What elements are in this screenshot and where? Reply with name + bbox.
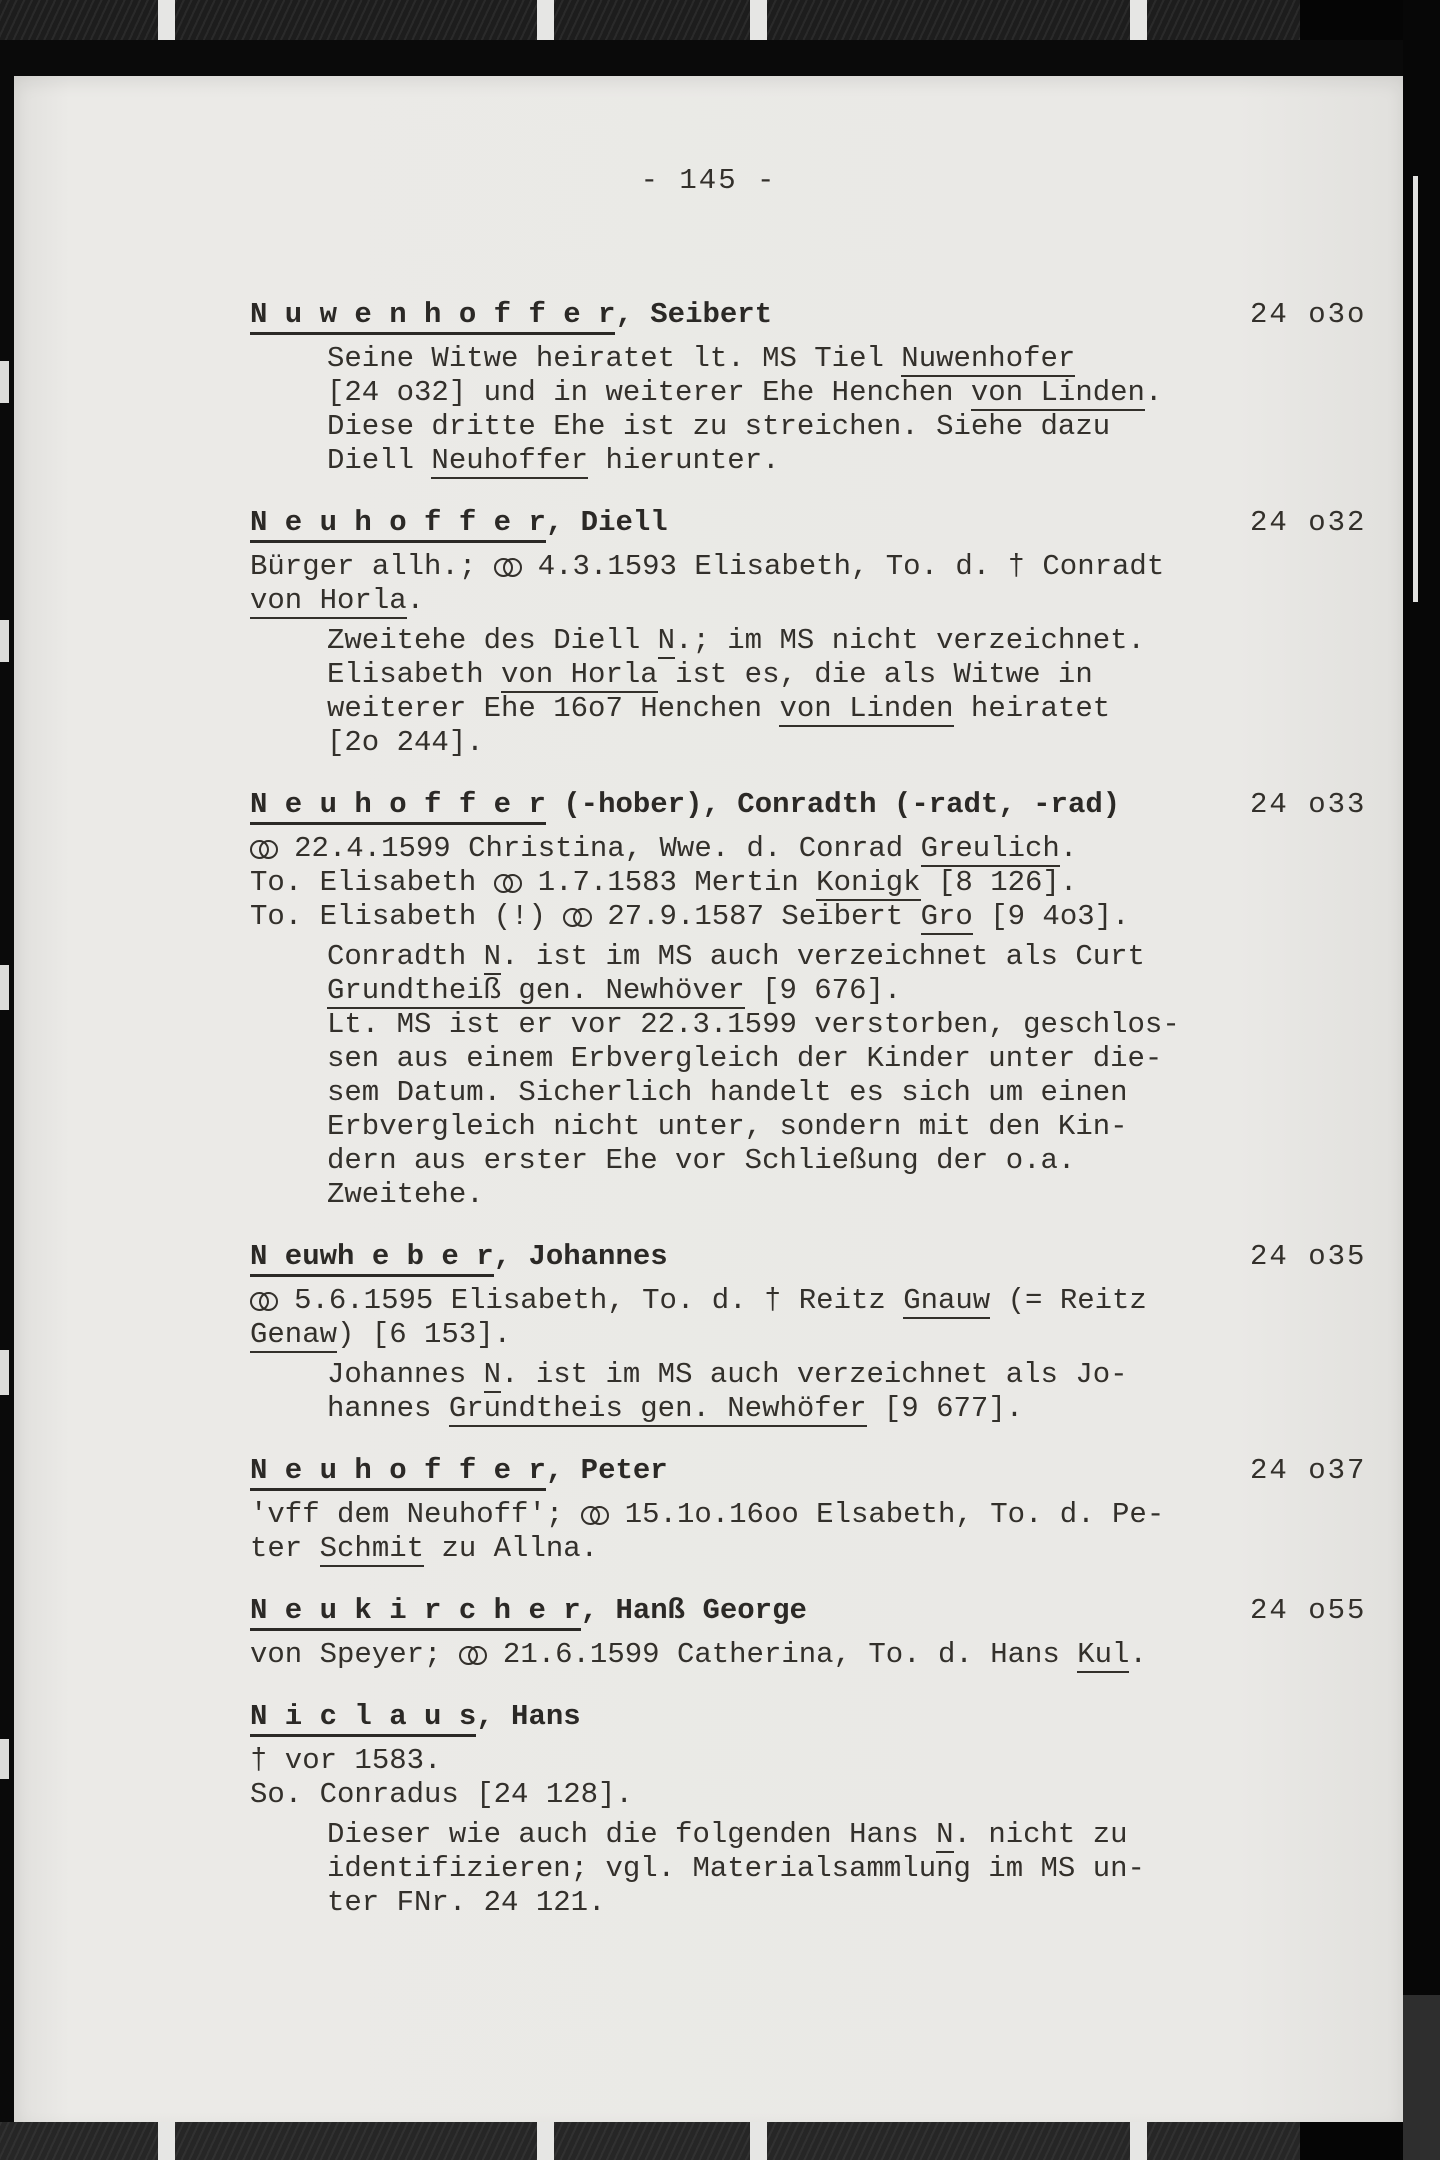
text-block: von Speyer; 21.6.1599 Catherina, To. d. … [250, 1638, 1363, 1672]
register-entry: N i c l a u s, Hans† vor 1583.So. Conrad… [250, 1700, 1363, 1920]
scanner-edge-block [0, 0, 158, 40]
scanned-document-frame: - 145 - N u w e n h o f f e r, Seibert24… [0, 0, 1440, 2160]
register-entry: N e u h o f f e r, Diell24 o32Bürger all… [250, 506, 1363, 760]
text-block: Conradth N. ist im MS auch verzeichnet a… [250, 940, 1363, 1212]
text-line: Johannes N. ist im MS auch verzeichnet a… [327, 1358, 1363, 1392]
text-span: So. Conradus [24 128]. [250, 1778, 633, 1811]
entry-ref-number: 24 o33 [1250, 788, 1366, 822]
text-block: Johannes N. ist im MS auch verzeichnet a… [250, 1358, 1363, 1426]
text-span: Erbvergleich nicht unter, sondern mit de… [327, 1110, 1128, 1143]
scan-artifact-gray [1403, 1995, 1440, 2160]
text-span: Lt. MS ist er vor 22.3.1599 verstorben, … [327, 1008, 1180, 1041]
text-span: von Speyer; [250, 1638, 459, 1671]
text-span: [2o 244]. [327, 726, 484, 759]
scanner-edge-block [554, 2122, 750, 2160]
marriage-icon [581, 1506, 608, 1523]
underlined-text: von Horla [250, 584, 407, 619]
text-span: , Hans [476, 1700, 580, 1733]
text-line: Bürger allh.; 4.3.1593 Elisabeth, To. d.… [250, 550, 1363, 584]
text-line: hannes Grundtheis gen. Newhöfer [9 677]. [327, 1392, 1363, 1426]
underlined-text: Gnauw [903, 1284, 990, 1319]
text-span: Bürger allh.; [250, 550, 494, 583]
text-span: 22.4.1599 Christina, Wwe. d. Conrad [277, 832, 921, 865]
text-line: dern aus erster Ehe vor Schließung der o… [327, 1144, 1363, 1178]
underlined-text: Konigk [816, 866, 920, 901]
text-line: Zweitehe. [327, 1178, 1363, 1212]
text-block: Bürger allh.; 4.3.1593 Elisabeth, To. d.… [250, 550, 1363, 618]
text-span: . ist im MS auch verzeichnet als Jo- [501, 1358, 1128, 1391]
scanner-strip-bottom [0, 2122, 1403, 2160]
underlined-text: von Horla [501, 658, 658, 693]
scanner-edge-mark [0, 1350, 9, 1395]
text-line: Diell Neuhoffer hierunter. [327, 444, 1363, 478]
scanner-edge-block [175, 0, 537, 40]
underlined-text: N u w e n h o f f e r [250, 298, 615, 335]
text-line: Lt. MS ist er vor 22.3.1599 verstorben, … [327, 1008, 1363, 1042]
text-span: † vor 1583. [250, 1744, 441, 1777]
text-span: . nicht zu [954, 1818, 1128, 1851]
scanner-edge-block [554, 0, 750, 40]
underlined-text: Schmit [320, 1532, 424, 1567]
text-span: , Peter [546, 1454, 668, 1487]
text-span: identifizieren; vgl. Materialsammlung im… [327, 1852, 1145, 1885]
text-line: weiterer Ehe 16o7 Henchen von Linden hei… [327, 692, 1363, 726]
text-span: To. Elisabeth [250, 866, 494, 899]
text-span: ter FNr. 24 121. [327, 1886, 605, 1919]
text-span: Seine Witwe heiratet lt. MS Tiel [327, 342, 901, 375]
text-span: (= Reitz [990, 1284, 1147, 1317]
text-span: .; im MS nicht verzeichnet. [675, 624, 1145, 657]
text-line: To. Elisabeth 1.7.1583 Mertin Konigk [8 … [250, 866, 1363, 900]
scanner-edge-mark [0, 1739, 9, 1779]
underlined-text: N i c l a u s [250, 1700, 476, 1737]
text-block: Seine Witwe heiratet lt. MS Tiel Nuwenho… [250, 342, 1363, 478]
text-span: 'vff dem Neuhoff'; [250, 1498, 581, 1531]
scanner-edge-mark [0, 361, 9, 403]
text-span: sen aus einem Erbvergleich der Kinder un… [327, 1042, 1162, 1075]
underlined-text: von Linden [779, 692, 953, 727]
scanner-edge-mark [0, 965, 9, 1010]
scanner-edge-gap [158, 2122, 175, 2160]
text-span: zu Allna. [424, 1532, 598, 1565]
text-span: sem Datum. Sicherlich handelt es sich um… [327, 1076, 1128, 1109]
text-span: dern aus erster Ehe vor Schließung der o… [327, 1144, 1075, 1177]
underlined-text: N e u h o f f e r [250, 1454, 546, 1491]
marriage-icon [459, 1646, 486, 1663]
text-block: † vor 1583.So. Conradus [24 128]. [250, 1744, 1363, 1812]
page-number: - 145 - [14, 76, 1403, 198]
underlined-text: N e u k i r c h e r [250, 1594, 581, 1631]
text-span: To. Elisabeth (!) [250, 900, 563, 933]
underlined-text: von Linden [971, 376, 1145, 411]
marriage-icon [563, 908, 590, 925]
scanner-edge-gap [158, 0, 175, 40]
entry-heading: N e u h o f f e r, Peter24 o37 [250, 1454, 1363, 1488]
entry-heading: N i c l a u s, Hans [250, 1700, 1363, 1734]
text-span: Zweitehe des Diell [327, 624, 658, 657]
text-line: Elisabeth von Horla ist es, die als Witw… [327, 658, 1363, 692]
text-span: hannes [327, 1392, 449, 1425]
underlined-text: Neuhoffer [431, 444, 588, 479]
text-span: Johannes [327, 1358, 484, 1391]
register-entry: N e u h o f f e r (-hober), Conradth (-r… [250, 788, 1363, 1212]
text-span: (-hober), Conradth (-radt, -rad) [546, 788, 1120, 821]
entry-heading: N e u h o f f e r, Diell24 o32 [250, 506, 1363, 540]
entry-ref-number: 24 o35 [1250, 1240, 1366, 1274]
text-span: , Diell [546, 506, 668, 539]
text-span: [9 4o3]. [973, 900, 1130, 933]
underlined-text: Genaw [250, 1318, 337, 1353]
text-span: Dieser wie auch die folgenden Hans [327, 1818, 936, 1851]
text-span: 1.7.1583 Mertin [520, 866, 816, 899]
text-span: , Johannes [494, 1240, 668, 1273]
entry-ref-number: 24 o55 [1250, 1594, 1366, 1628]
marriage-icon [250, 1292, 277, 1309]
text-line: So. Conradus [24 128]. [250, 1778, 1363, 1812]
scanner-edge-gap [537, 0, 554, 40]
text-span: ist es, die als Witwe in [658, 658, 1093, 691]
text-span: , Seibert [615, 298, 772, 331]
text-line: Grundtheiß gen. Newhöver [9 676]. [327, 974, 1363, 1008]
text-line: sen aus einem Erbvergleich der Kinder un… [327, 1042, 1363, 1076]
text-span: heiratet [954, 692, 1111, 725]
text-span: 27.9.1587 Seibert [590, 900, 921, 933]
marriage-icon [250, 840, 277, 857]
text-span: Diese dritte Ehe ist zu streichen. Siehe… [327, 410, 1110, 443]
text-block: Zweitehe des Diell N.; im MS nicht verze… [250, 624, 1363, 760]
marriage-icon [494, 558, 521, 575]
underlined-text: N e u h o f f e r [250, 788, 546, 825]
text-span: . [1145, 376, 1162, 409]
text-span: 21.6.1599 Catherina, To. d. Hans [486, 1638, 1078, 1671]
scanner-band-right [1403, 0, 1440, 2160]
underlined-text: N euwh e b e r [250, 1240, 494, 1277]
text-span: 5.6.1595 Elisabeth, To. d. † Reitz [277, 1284, 904, 1317]
text-span: 4.3.1593 Elisabeth, To. d. † Conradt [520, 550, 1164, 583]
underlined-text: N e u h o f f e r [250, 506, 546, 543]
scanner-edge-gap [750, 0, 767, 40]
text-span: hierunter. [588, 444, 779, 477]
text-span: [9 676]. [745, 974, 902, 1007]
marriage-icon [494, 874, 521, 891]
text-block: 'vff dem Neuhoff'; 15.1o.16oo Elsabeth, … [250, 1498, 1363, 1566]
scanner-edge-gap [1130, 0, 1147, 40]
document-page: - 145 - N u w e n h o f f e r, Seibert24… [14, 76, 1403, 2122]
scanner-edge-block [175, 2122, 537, 2160]
scanner-edge-block [767, 0, 1130, 40]
text-block: 22.4.1599 Christina, Wwe. d. Conrad Greu… [250, 832, 1363, 934]
text-line: identifizieren; vgl. Materialsammlung im… [327, 1852, 1363, 1886]
text-line: Zweitehe des Diell N.; im MS nicht verze… [327, 624, 1363, 658]
text-span: . [1129, 1638, 1146, 1671]
page-content: N u w e n h o f f e r, Seibert24 o3oSein… [14, 298, 1403, 1920]
text-span: Zweitehe. [327, 1178, 484, 1211]
text-span: [9 677]. [867, 1392, 1024, 1425]
entry-ref-number: 24 o37 [1250, 1454, 1366, 1488]
scanner-edge-block [767, 2122, 1130, 2160]
text-span: ter [250, 1532, 320, 1565]
scan-artifact-line [1413, 176, 1418, 602]
text-line: To. Elisabeth (!) 27.9.1587 Seibert Gro … [250, 900, 1363, 934]
underlined-text: Greulich [921, 832, 1060, 867]
text-span: . ist im MS auch verzeichnet als Curt [501, 940, 1145, 973]
entry-heading: N euwh e b e r, Johannes24 o35 [250, 1240, 1363, 1274]
text-line: ter FNr. 24 121. [327, 1886, 1363, 1920]
text-line: Conradth N. ist im MS auch verzeichnet a… [327, 940, 1363, 974]
register-entry: N u w e n h o f f e r, Seibert24 o3oSein… [250, 298, 1363, 478]
text-line: sem Datum. Sicherlich handelt es sich um… [327, 1076, 1363, 1110]
text-span: weiterer Ehe 16o7 Henchen [327, 692, 779, 725]
scanner-edge-gap [537, 2122, 554, 2160]
scanner-edge-gap [1130, 2122, 1147, 2160]
text-line: von Speyer; 21.6.1599 Catherina, To. d. … [250, 1638, 1363, 1672]
text-line: [24 o32] und in weiterer Ehe Henchen von… [327, 376, 1363, 410]
register-entry: N e u k i r c h e r, Hanß George24 o55vo… [250, 1594, 1363, 1672]
text-span: [8 126]. [921, 866, 1078, 899]
text-span: ) [6 153]. [337, 1318, 511, 1351]
text-line: 'vff dem Neuhoff'; 15.1o.16oo Elsabeth, … [250, 1498, 1363, 1532]
entry-heading: N e u h o f f e r (-hober), Conradth (-r… [250, 788, 1363, 822]
underlined-text: Grundtheiß gen. Newhöver [327, 974, 745, 1009]
underlined-text: N [936, 1818, 953, 1853]
scanner-edge-mark [0, 620, 9, 662]
text-line: Genaw) [6 153]. [250, 1318, 1363, 1352]
text-span: , Hanß George [581, 1594, 807, 1627]
entry-heading: N e u k i r c h e r, Hanß George24 o55 [250, 1594, 1363, 1628]
underlined-text: Gro [921, 900, 973, 935]
text-span: Elisabeth [327, 658, 501, 691]
text-span: . [1060, 832, 1077, 865]
underlined-text: N [484, 940, 501, 975]
text-line: von Horla. [250, 584, 1363, 618]
text-line: ter Schmit zu Allna. [250, 1532, 1363, 1566]
text-line: [2o 244]. [327, 726, 1363, 760]
text-span: . [407, 584, 424, 617]
text-line: Erbvergleich nicht unter, sondern mit de… [327, 1110, 1363, 1144]
text-line: Dieser wie auch die folgenden Hans N. ni… [327, 1818, 1363, 1852]
text-span: Conradth [327, 940, 484, 973]
text-line: 22.4.1599 Christina, Wwe. d. Conrad Greu… [250, 832, 1363, 866]
text-block: Dieser wie auch die folgenden Hans N. ni… [250, 1818, 1363, 1920]
register-entry: N e u h o f f e r, Peter24 o37'vff dem N… [250, 1454, 1363, 1566]
underlined-text: N [484, 1358, 501, 1393]
text-block: 5.6.1595 Elisabeth, To. d. † Reitz Gnauw… [250, 1284, 1363, 1352]
text-line: † vor 1583. [250, 1744, 1363, 1778]
scanner-strip-top [0, 0, 1403, 40]
text-span: Diell [327, 444, 431, 477]
text-span: 15.1o.16oo Elsabeth, To. d. Pe- [607, 1498, 1164, 1531]
entry-heading: N u w e n h o f f e r, Seibert24 o3o [250, 298, 1363, 332]
scanner-edge-block [1147, 2122, 1300, 2160]
scanner-edge-block [1147, 0, 1300, 40]
underlined-text: Kul [1077, 1638, 1129, 1673]
scanner-edge-gap [750, 2122, 767, 2160]
entry-ref-number: 24 o3o [1250, 298, 1366, 332]
text-line: Diese dritte Ehe ist zu streichen. Siehe… [327, 410, 1363, 444]
text-line: 5.6.1595 Elisabeth, To. d. † Reitz Gnauw… [250, 1284, 1363, 1318]
underlined-text: Nuwenhofer [901, 342, 1075, 377]
entry-ref-number: 24 o32 [1250, 506, 1366, 540]
underlined-text: Grundtheis gen. Newhöfer [449, 1392, 867, 1427]
text-line: Seine Witwe heiratet lt. MS Tiel Nuwenho… [327, 342, 1363, 376]
scanner-edge-block [0, 2122, 158, 2160]
underlined-text: N [658, 624, 675, 659]
text-span: [24 o32] und in weiterer Ehe Henchen [327, 376, 971, 409]
register-entry: N euwh e b e r, Johannes24 o35 5.6.1595 … [250, 1240, 1363, 1426]
